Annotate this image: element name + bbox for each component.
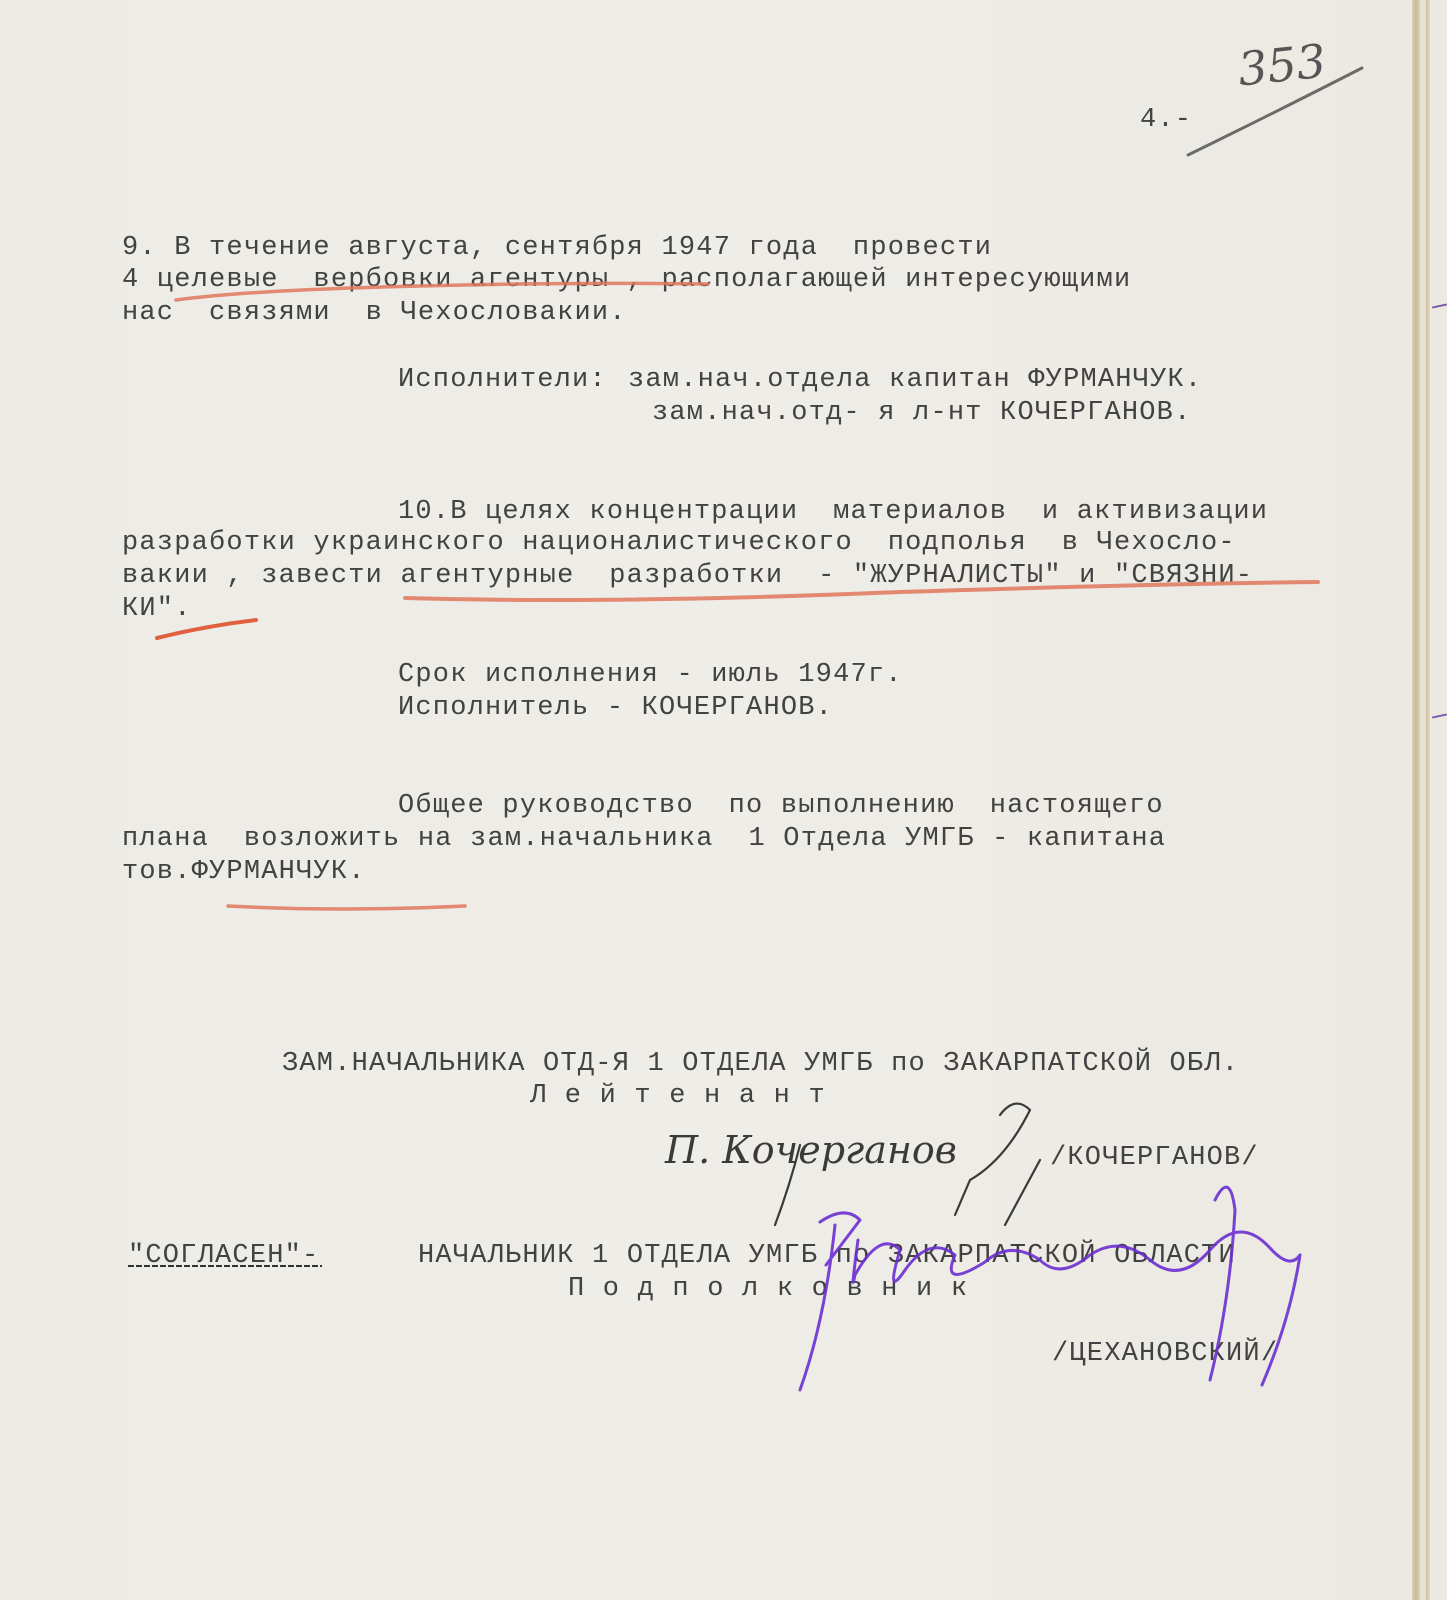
item-10-line-2: разработки украинского националистическо… [122,527,1236,559]
guidance-line-2: плана возложить на зам.начальника 1 Отде… [122,823,1166,855]
guidance-line-1: Общее руководство по выполнению настояще… [398,790,1164,822]
item-10-line-3: вакии , завести агентурные разработки - … [122,560,1253,592]
handwritten-signature-1: П. Кочерганов [665,1128,957,1172]
item-9-line-3: нас связями в Чехословакии. [122,297,627,329]
signatory-2-rank: П о д п о л к о в н и к [568,1273,968,1305]
executor-1: зам.нач.отдела капитан ФУРМАНЧУК. [628,364,1202,396]
item-9-line-1: 9. В течение августа, сентября 1947 года… [122,232,992,264]
page-number: 4.- [1140,104,1192,136]
archive-folio-number: 353 [1235,34,1328,97]
item-10-line-1: 10.В целях концентрации материалов и акт… [398,496,1268,528]
next-page-edge [1430,0,1447,1600]
deadline: Срок исполнения - июль 1947г. [398,659,903,691]
executor-2: зам.нач.отд- я л-нт КОЧЕРГАНОВ. [652,397,1191,429]
signatory-1-rank: Л е й т е н а н т [530,1080,826,1112]
item-10-line-4: КИ". [122,593,192,625]
executors-label: Исполнители: [398,364,607,396]
signatory-1-name: /КОЧЕРГАНОВ/ [1050,1142,1259,1174]
signatory-2-title: НАЧАЛЬНИК 1 ОТДЕЛА УМГБ по ЗАКАРПАТСКОЙ … [418,1240,1236,1272]
executor: Исполнитель - КОЧЕРГАНОВ. [398,692,833,724]
page-edge [1412,0,1420,1600]
signatory-1-title: ЗАМ.НАЧАЛЬНИКА ОТД-Я 1 ОТДЕЛА УМГБ по ЗА… [282,1048,1239,1080]
approval-stamp: "СОГЛАСЕН"- [128,1240,319,1272]
guidance-line-3: тов.ФУРМАНЧУК. [122,856,366,888]
signatory-2-name: /ЦЕХАНОВСКИЙ/ [1052,1338,1278,1370]
item-9-line-2: 4 целевые вербовки агентуры , располагаю… [122,264,1131,296]
